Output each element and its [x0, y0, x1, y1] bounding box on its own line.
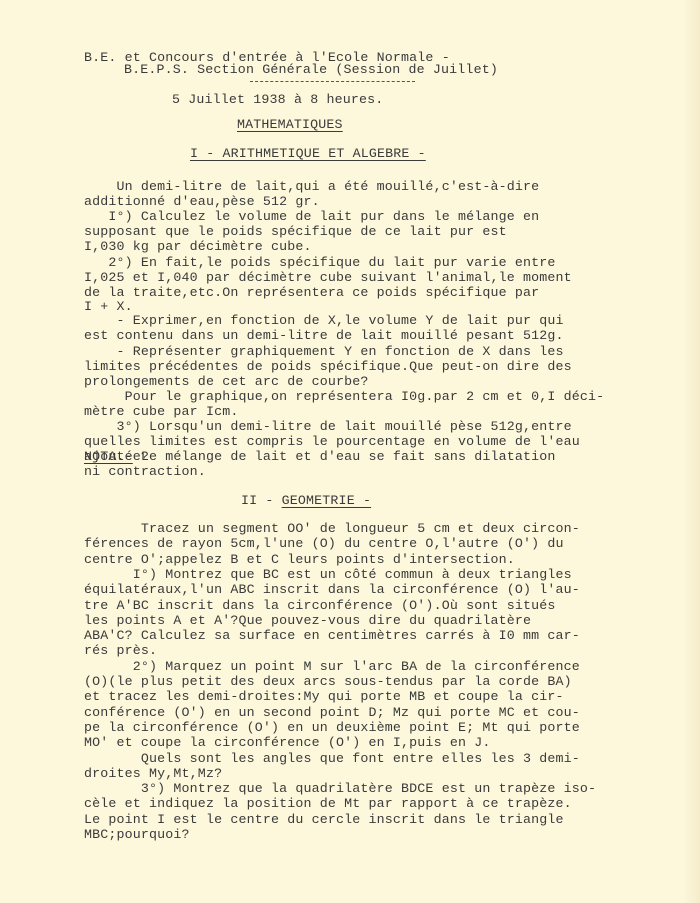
text-line: quelles limites est compris le pourcenta…	[84, 434, 580, 449]
subject-title: MATHEMATIQUES	[237, 117, 343, 132]
text-line: 3°) Montrez que la quadrilatère BDCE est…	[84, 781, 596, 796]
text-line: I,030 kg par décimètre cube.	[84, 239, 312, 254]
exam-date: 5 Juillet 1938 à 8 heures.	[172, 92, 383, 107]
text-line: ABA'C? Calculez sa surface en centimètre…	[84, 628, 580, 643]
text-line: cèle et indiquez la position de Mt par r…	[84, 796, 572, 811]
text-line: est contenu dans un demi-litre de lait m…	[84, 328, 564, 343]
text-line: pe la circonférence (O') en un deuxième …	[84, 720, 580, 735]
text-line: droites My,Mt,Mz?	[84, 766, 222, 781]
text-line: - Représenter graphiquement Y en fonctio…	[84, 344, 564, 359]
text-line: limites précédentes de poids spécifique.…	[84, 359, 572, 374]
text-line: prolongements de cet arc de courbe?	[84, 374, 369, 389]
text-line: Pour le graphique,on représentera I0g.pa…	[84, 389, 604, 404]
text-line: ni contraction.	[84, 464, 206, 479]
text-line: - Exprimer,en fonction de X,le volume Y …	[84, 313, 564, 328]
part2-title-prefix: II -	[241, 493, 282, 508]
document-page: B.E. et Concours d'entrée à l'Ecole Norm…	[0, 0, 700, 903]
part1-title: I - ARITHMETIQUE ET ALGEBRE -	[190, 146, 426, 161]
text-line: additionné d'eau,pèse 512 gr.	[84, 194, 320, 209]
nota-label: NOTA.-	[84, 449, 133, 464]
text-line: les points A et A'?Que pouvez-vous dire …	[84, 613, 531, 628]
text-line: supposant que le poids spécifique de ce …	[84, 224, 507, 239]
text-line: Le point I est le centre du cercle inscr…	[84, 812, 564, 827]
text-line: I,025 et I,040 par décimètre cube suivan…	[84, 270, 572, 285]
text-line: férences de rayon 5cm,l'une (O) du centr…	[84, 536, 564, 551]
text-line: Quels sont les angles que font entre ell…	[84, 751, 580, 766]
header-line-2: B.E.P.S. Section Générale (Session de Ju…	[124, 62, 498, 77]
text-line: conférence (O') en un second point D; Mz…	[84, 705, 580, 720]
part1-title-text: I - ARITHMETIQUE ET ALGEBRE -	[190, 146, 426, 161]
text-line: I°) Montrez que BC est un côté commun à …	[84, 567, 572, 582]
text-line: (O)(le plus petit des deux arcs sous-ten…	[84, 674, 572, 689]
text-line: MBC;pourquoi?	[84, 827, 190, 842]
text-line: Un demi-litre de lait,qui a été mouillé,…	[84, 179, 539, 194]
text-line: I + X.	[84, 299, 133, 314]
part2-title: II - GEOMETRIE -	[241, 493, 371, 508]
text-line: et tracez les demi-droites:My qui porte …	[84, 689, 564, 704]
header-divider	[250, 81, 415, 82]
text-line: 2°) Marquez un point M sur l'arc BA de l…	[84, 659, 580, 674]
text-line: de la traite,etc.On représentera ce poid…	[84, 285, 539, 300]
text-line: mètre cube par Icm.	[84, 404, 238, 419]
text-line: centre O';appelez B et C leurs points d'…	[84, 552, 515, 567]
text-line: Tracez un segment OO' de longueur 5 cm e…	[84, 521, 580, 536]
part2-title-text: GEOMETRIE -	[282, 493, 371, 508]
nota-line: NOTA.- Le mélange de lait et d'eau se fa…	[84, 449, 556, 464]
text-line: rés près.	[84, 643, 157, 658]
text-line: tre A'BC inscrit dans la circonférence (…	[84, 598, 556, 613]
text-line: équilatéraux,l'un ABC inscrit dans la ci…	[84, 582, 580, 597]
text-line: 2°) En fait,le poids spécifique du lait …	[84, 255, 556, 270]
paper-edge-shadow	[682, 0, 700, 903]
text-line: I°) Calculez le volume de lait pur dans …	[84, 209, 539, 224]
text-line: MO' et coupe la circonférence (O') en I,…	[84, 735, 490, 750]
text-line: 3°) Lorsqu'un demi-litre de lait mouillé…	[84, 419, 572, 434]
nota-text: Le mélange de lait et d'eau se fait sans…	[133, 449, 556, 464]
